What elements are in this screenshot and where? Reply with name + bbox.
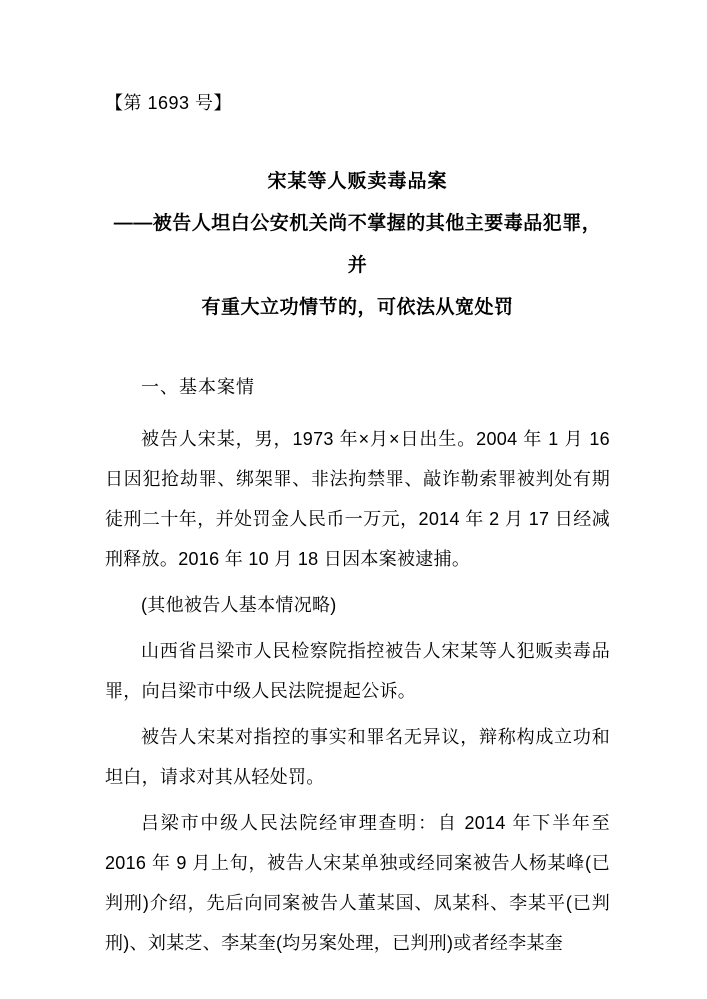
title-block: 宋某等人贩卖毒品案 ——被告人坦白公安机关尚不掌握的其他主要毒品犯罪，并 有重大… <box>105 161 610 329</box>
case-guide-number: 【第 1693 号】 <box>105 93 610 113</box>
case-subtitle-line-1: ——被告人坦白公安机关尚不掌握的其他主要毒品犯罪，并 <box>105 203 610 287</box>
paragraph-other-defendants-note: (其他被告人基本情况略) <box>105 585 610 625</box>
paragraph-defendant-background: 被告人宋某，男，1973 年×月×日出生。2004 年 1 月 16 日因犯抢劫… <box>105 419 610 579</box>
section-heading-basic-facts: 一、基本案情 <box>105 367 610 407</box>
paragraph-prosecution: 山西省吕梁市人民检察院指控被告人宋某等人犯贩卖毒品罪，向吕梁市中级人民法院提起公… <box>105 631 610 711</box>
case-subtitle-line-2: 有重大立功情节的，可依法从宽处罚 <box>105 287 610 329</box>
case-title: 宋某等人贩卖毒品案 <box>105 161 610 203</box>
document-page: 【第 1693 号】 宋某等人贩卖毒品案 ——被告人坦白公安机关尚不掌握的其他主… <box>0 0 707 999</box>
paragraph-defense-claim: 被告人宋某对指控的事实和罪名无异议，辩称构成立功和坦白，请求对其从轻处罚。 <box>105 717 610 797</box>
paragraph-court-findings: 吕梁市中级人民法院经审理查明：自 2014 年下半年至 2016 年 9 月上旬… <box>105 803 610 963</box>
